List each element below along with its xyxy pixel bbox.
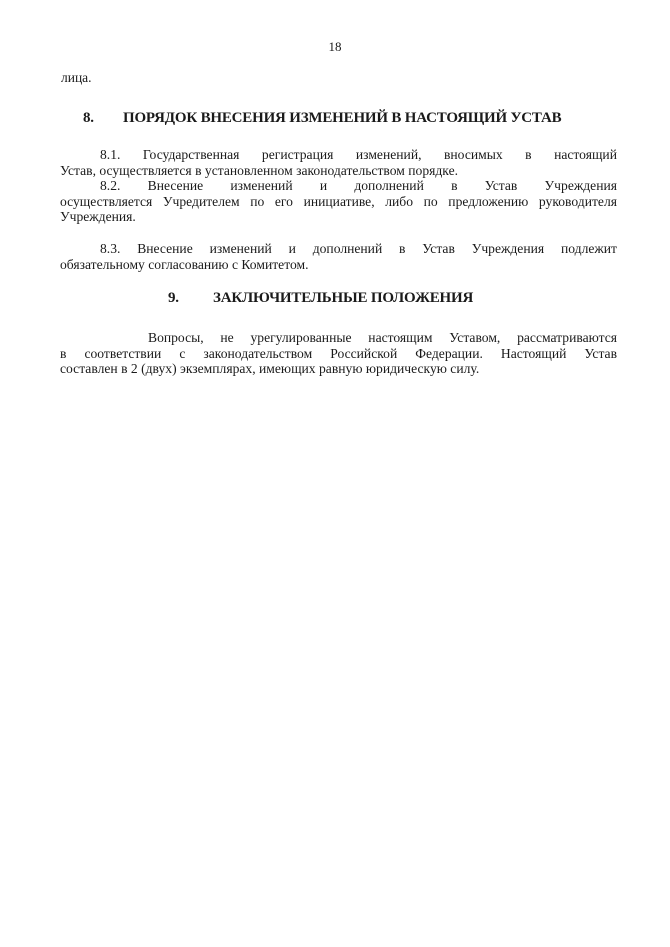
paragraph-continuation: составлен в 2 (двух) экземплярах, имеющи…: [60, 361, 617, 377]
paragraph-continuation: осуществляется Учредителем по его инициа…: [60, 194, 617, 225]
paragraph-middle-line: в соответствии с законодательством Росси…: [60, 346, 617, 362]
paragraph-first-line: 8.3. Внесение изменений и дополнений в У…: [60, 241, 617, 257]
paragraph-8-1: 8.1. Государственная регистрация изменен…: [60, 147, 617, 178]
section-title: ЗАКЛЮЧИТЕЛЬНЫЕ ПОЛОЖЕНИЯ: [213, 290, 473, 306]
paragraph-first-line: Вопросы, не урегулированные настоящим Ус…: [60, 330, 617, 346]
page-number: 18: [0, 39, 670, 55]
paragraph-8-2: 8.2. Внесение изменений и дополнений в У…: [60, 178, 617, 225]
paragraph-first-line: 8.1. Государственная регистрация изменен…: [60, 147, 617, 163]
section-title: ПОРЯДОК ВНЕСЕНИЯ ИЗМЕНЕНИЙ В НАСТОЯЩИЙ У…: [123, 110, 561, 126]
section-number: 9.: [168, 290, 213, 307]
section-9-heading: 9.ЗАКЛЮЧИТЕЛЬНЫЕ ПОЛОЖЕНИЯ: [168, 290, 473, 307]
paragraph-continuation: Устав, осуществляется в установленном за…: [60, 163, 617, 179]
paragraph-8-3: 8.3. Внесение изменений и дополнений в У…: [60, 241, 617, 272]
paragraph-continuation: обязательному согласованию с Комитетом.: [60, 257, 617, 273]
section-number: 8.: [83, 110, 123, 127]
section-8-heading: 8.ПОРЯДОК ВНЕСЕНИЯ ИЗМЕНЕНИЙ В НАСТОЯЩИЙ…: [83, 110, 561, 127]
paragraph-first-line: 8.2. Внесение изменений и дополнений в У…: [60, 178, 617, 194]
carryover-text: лица.: [61, 70, 92, 86]
paragraph-9: Вопросы, не урегулированные настоящим Ус…: [60, 330, 617, 377]
